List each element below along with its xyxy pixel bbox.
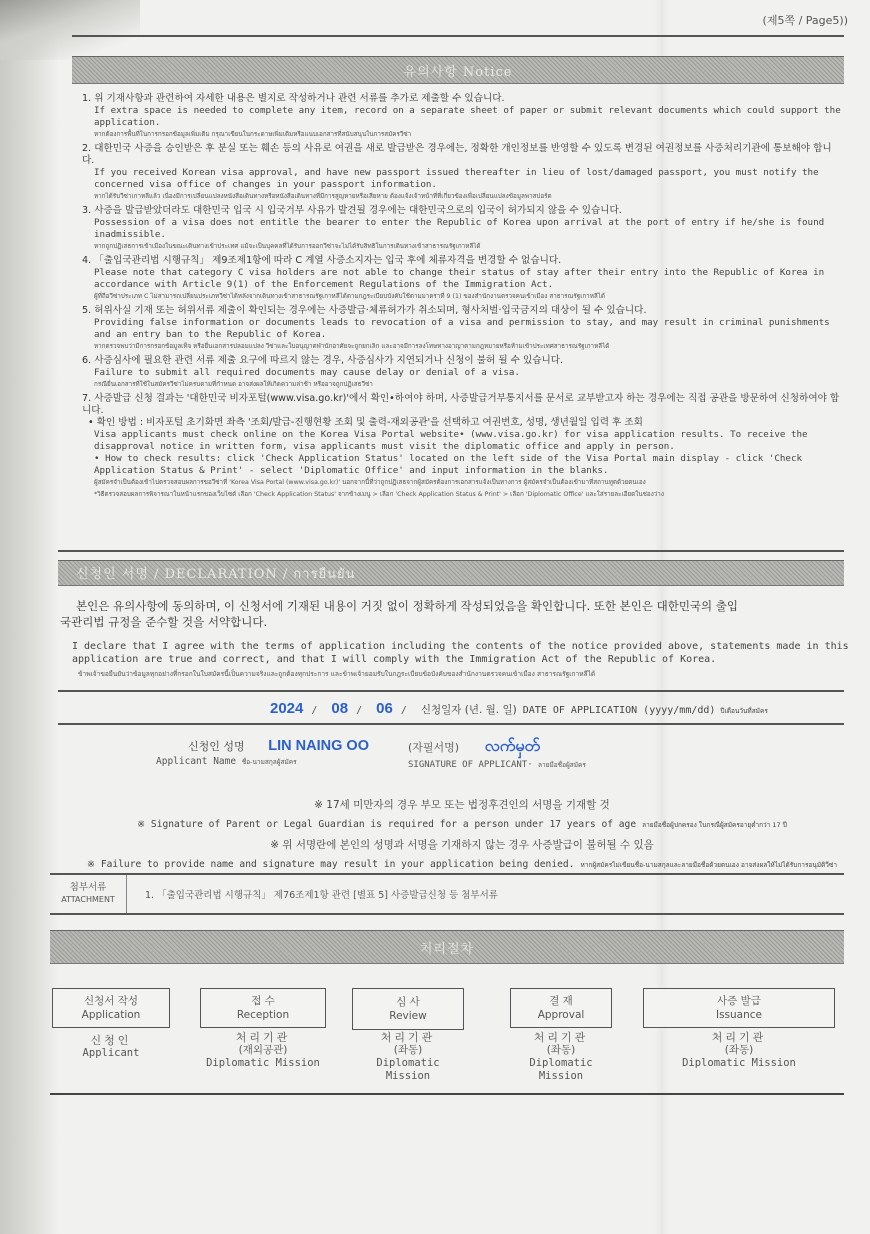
- signature-label-ko: (자필서명): [408, 741, 459, 754]
- folded-corner: [0, 0, 140, 60]
- name-label-ko: 신청인 성명: [188, 740, 245, 753]
- notice-item-4: 4. 「출입국관리법 시행규칙」 제9조제1항에 따라 C 계열 사증소지자는 …: [82, 255, 842, 303]
- notice-header: 유의사항 Notice: [72, 56, 844, 84]
- declaration-header: 신청인 서명 / DECLARATION / การยืนยัน: [58, 560, 844, 586]
- process-header: 처리절차: [50, 930, 844, 964]
- declaration-text-ko: 본인은 유의사항에 동의하며, 이 신청서에 기재된 내용이 거짓 없이 정확하…: [60, 598, 850, 630]
- applicant-name-value[interactable]: LIN NAING OO: [268, 738, 369, 754]
- date-label-th: ปีเดือนวันที่สมัคร: [720, 706, 767, 716]
- minor-note-en: ※ Signature of Parent or Legal Guardian …: [72, 815, 852, 835]
- process-step-issuance: 사증 발급Issuance 처리기관(좌동)Diplomatic Mission: [643, 988, 835, 1070]
- notice-item-5: 5. 허위사실 기재 또는 허위서류 제출이 확인되는 경우에는 사증발급·체류…: [82, 305, 842, 353]
- process-step-reception: 접 수Reception 처리기관(재외공관)Diplomatic Missio…: [200, 988, 326, 1070]
- declaration-text-th: ข้าพเจ้าขอยืนยันว่าข้อมูลทุกอย่างที่กรอก…: [78, 668, 838, 679]
- applicant-name-field: 신청인 성명 LIN NAING OO Applicant Name ชื่อ-…: [156, 735, 369, 767]
- attachment-label: 첨부서류 ATTACHMENT: [50, 875, 127, 913]
- failure-note-en: ※ Failure to provide name and signature …: [72, 855, 852, 875]
- attachment-text: 1. 「출입국관리법 시행규칙」 제76조제1항 관련 [별표 5] 사증발급신…: [127, 875, 498, 913]
- notice-item-3: 3. 사증을 발급받았더라도 대한민국 입국 시 입국거부 사유가 발견될 경우…: [82, 205, 842, 253]
- date-label-en: DATE OF APPLICATION (yyyy/mm/dd): [523, 705, 716, 716]
- declaration-text-en: I declare that I agree with the terms of…: [72, 640, 852, 666]
- applicant-signature-field: (자필서명) လက်မှတ် SIGNATURE OF APPLICANT· ล…: [408, 735, 586, 770]
- page-number: (제5쪽 / Page5)): [763, 12, 848, 28]
- application-date: 2024 / 08 / 06 / 신청일자 (년. 월. 일) DATE OF …: [270, 700, 768, 717]
- date-rule: [58, 690, 844, 692]
- notice-item-7: 7. 사증발급 신청 결과는 '대한민국 비자포털(www.visa.go.kr…: [82, 393, 842, 501]
- notice-item-2: 2. 대한민국 사증을 승인받은 후 분실 또는 훼손 등의 사유로 여권을 새…: [82, 143, 842, 203]
- signature-label-en: SIGNATURE OF APPLICANT· ลายมือชื่อผู้สมั…: [408, 760, 586, 770]
- top-rule: [72, 35, 844, 37]
- date-day[interactable]: 06: [376, 700, 393, 717]
- date-label-ko: 신청일자 (년. 월. 일): [421, 702, 517, 717]
- minor-note-ko: ※ 17세 미만자의 경우 부모 또는 법정후견인의 서명을 기재할 것: [72, 795, 852, 815]
- notice-list: 1. 위 기재사항과 관련하여 자세한 내용은 별지로 작성하거나 관련 서류를…: [82, 93, 842, 503]
- process-flow: 신청서 작성Application 신청인Applicant 접 수Recept…: [0, 988, 870, 1088]
- signature-notes: ※ 17세 미만자의 경우 부모 또는 법정후견인의 서명을 기재할 것 ※ S…: [72, 795, 852, 875]
- notice-item-6: 6. 사증심사에 필요한 관련 서류 제출 요구에 따르지 않는 경우, 사증심…: [82, 355, 842, 391]
- process-step-review: 심 사Review 처리기관(좌동)Diplomatic Mission: [352, 988, 464, 1083]
- notice-item-1: 1. 위 기재사항과 관련하여 자세한 내용은 별지로 작성하거나 관련 서류를…: [82, 93, 842, 141]
- signature-value[interactable]: လက်မှတ်: [485, 736, 540, 755]
- name-label-en: Applicant Name ชื่อ-นามสกุลผู้สมัคร: [156, 756, 369, 767]
- name-rule: [58, 723, 844, 725]
- process-step-application: 신청서 작성Application 신청인Applicant: [52, 988, 170, 1060]
- date-month[interactable]: 08: [331, 700, 348, 717]
- declaration-rule: [58, 550, 844, 552]
- bottom-rule: [50, 1093, 844, 1095]
- date-year[interactable]: 2024: [270, 700, 303, 717]
- attachment-row: 첨부서류 ATTACHMENT 1. 「출입국관리법 시행규칙」 제76조제1항…: [50, 873, 844, 915]
- failure-note-ko: ※ 위 서명란에 본인의 성명과 서명을 기재하지 않는 경우 사증발급이 불허…: [72, 835, 852, 855]
- process-step-approval: 결 재Approval 처리기관(좌동)Diplomatic Mission: [510, 988, 612, 1083]
